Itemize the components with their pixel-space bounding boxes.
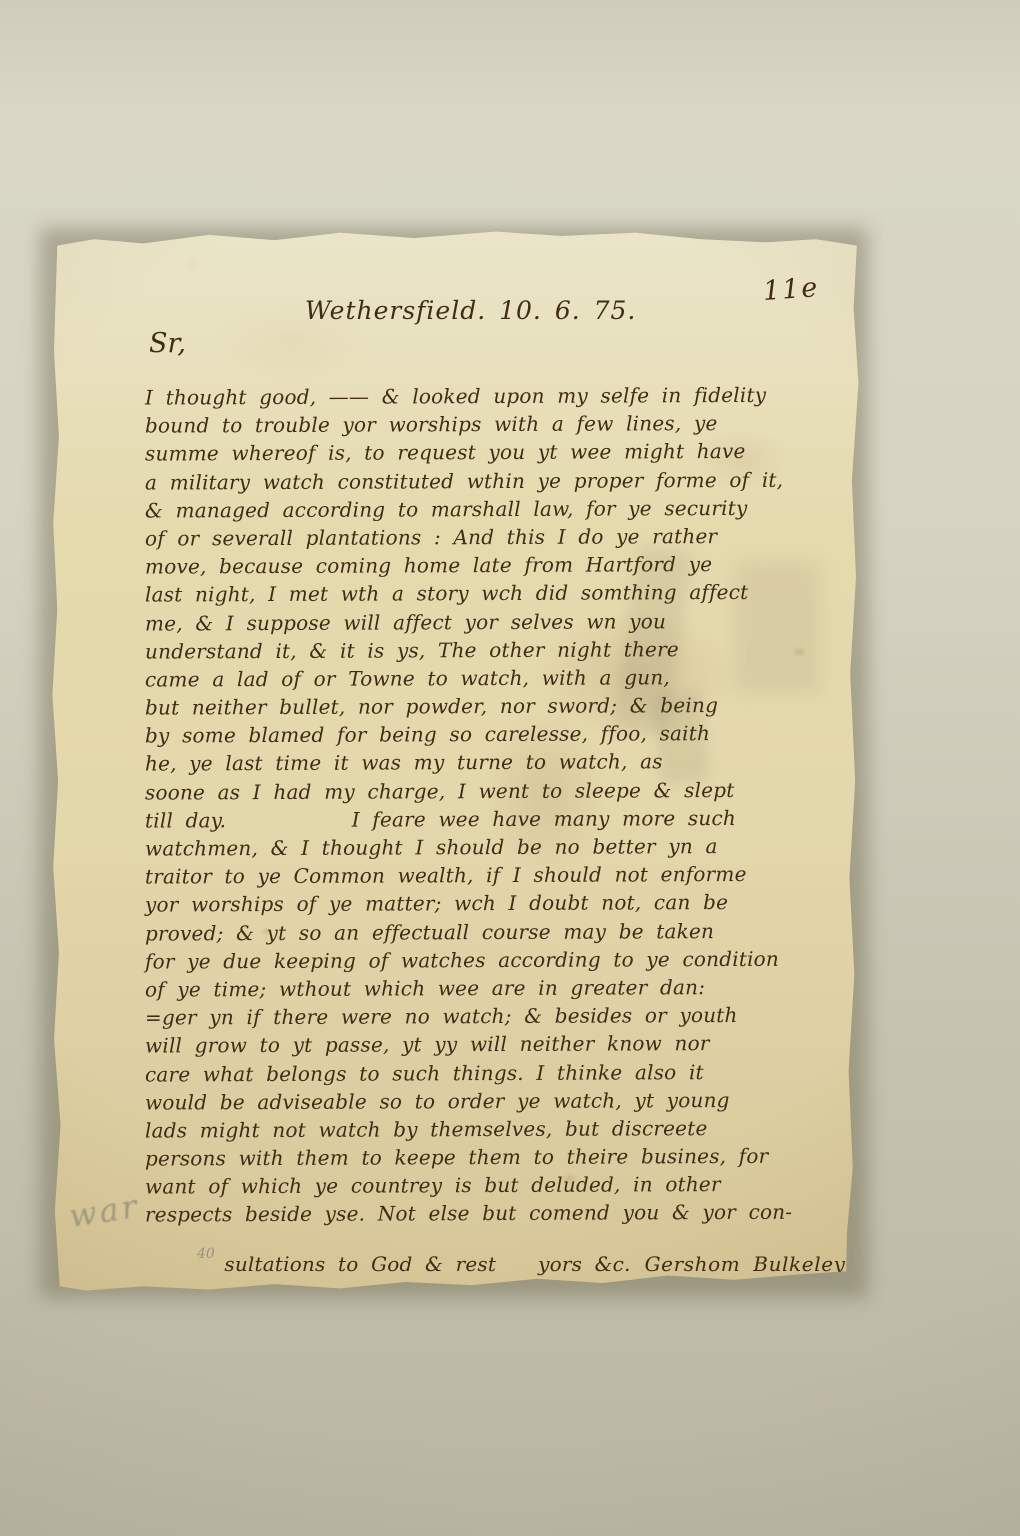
handwriting-line: soone as I had my charge, I went to slee… xyxy=(145,775,861,806)
handwriting-line: came a lad of or Towne to watch, with a … xyxy=(145,662,861,693)
dateline: Wethersfield. 10. 6. 75. xyxy=(305,296,636,325)
handwriting-line: would be adviseable so to order ye watch… xyxy=(145,1085,861,1116)
handwriting-line: lads might not watch by themselves, but … xyxy=(145,1113,861,1144)
handwriting-line: last night, I met wth a story wch did so… xyxy=(145,578,861,609)
handwriting-line: me, & I suppose will affect yor selves w… xyxy=(145,606,861,637)
handwriting-line: of or severall plantations : And this I … xyxy=(145,521,861,552)
handwriting-line: of ye time; wthout which wee are in grea… xyxy=(145,972,861,1003)
handwriting-line: understand it, & it is ys, The other nig… xyxy=(145,634,861,665)
handwriting-line: want of which ye countrey is but deluded… xyxy=(145,1170,861,1201)
handwriting-line: he, ye last time it was my turne to watc… xyxy=(145,747,861,778)
handwriting-line: =ger yn if there were no watch; & beside… xyxy=(145,1001,861,1032)
closing-text: sultations to God & rest xyxy=(224,1252,496,1276)
handwriting-line: till day. I feare wee have many more suc… xyxy=(145,803,861,834)
handwriting-line: & managed according to marshall law, for… xyxy=(145,493,861,524)
handwriting-line: watchmen, & I thought I should be no bet… xyxy=(145,831,861,862)
folio-number: 11e xyxy=(762,272,820,307)
handwriting-line: respects beside yse. Not else but comend… xyxy=(145,1198,861,1229)
handwriting-line: bound to trouble yor worships with a few… xyxy=(145,409,861,440)
letter-paper: 11e Wethersfield. 10. 6. 75. Sr, I thoug… xyxy=(45,222,865,1297)
handwriting-line: for ye due keeping of watches according … xyxy=(145,944,861,975)
handwriting-line: I thought good, —— & looked upon my self… xyxy=(145,380,861,411)
letter-body: I thought good, —— & looked upon my self… xyxy=(145,382,861,1228)
handwriting-line: but neither bullet, nor powder, nor swor… xyxy=(145,691,861,722)
handwriting-line: a military watch constituted wthin ye pr… xyxy=(145,465,861,496)
valediction: yors &c. xyxy=(538,1252,630,1276)
handwriting-line: traitor to ye Common wealth, if I should… xyxy=(145,860,861,891)
handwriting-line: move, because coming home late from Hart… xyxy=(145,550,861,581)
handwriting-line: will grow to yt passe, yt yy will neithe… xyxy=(145,1029,861,1060)
handwriting-line: yor worships of ye matter; wch I doubt n… xyxy=(145,888,861,919)
salutation: Sr, xyxy=(149,328,186,359)
handwriting-line: proved; & yt so an effectuall course may… xyxy=(145,916,861,947)
handwriting-line: care what belongs to such things. I thin… xyxy=(145,1057,861,1088)
pencil-annotation-war: war xyxy=(66,1187,142,1236)
photograph-mat-background: 11e Wethersfield. 10. 6. 75. Sr, I thoug… xyxy=(0,0,1020,1536)
handwriting-line: by some blamed for being so carelesse, f… xyxy=(145,719,861,750)
handwriting-line: persons with them to keepe them to their… xyxy=(145,1142,861,1173)
signature: Gershom Bulkeley xyxy=(645,1252,846,1276)
pencil-annotation-number: 40 xyxy=(197,1246,215,1262)
handwriting-line: summe whereof is, to request you yt wee … xyxy=(145,437,861,468)
